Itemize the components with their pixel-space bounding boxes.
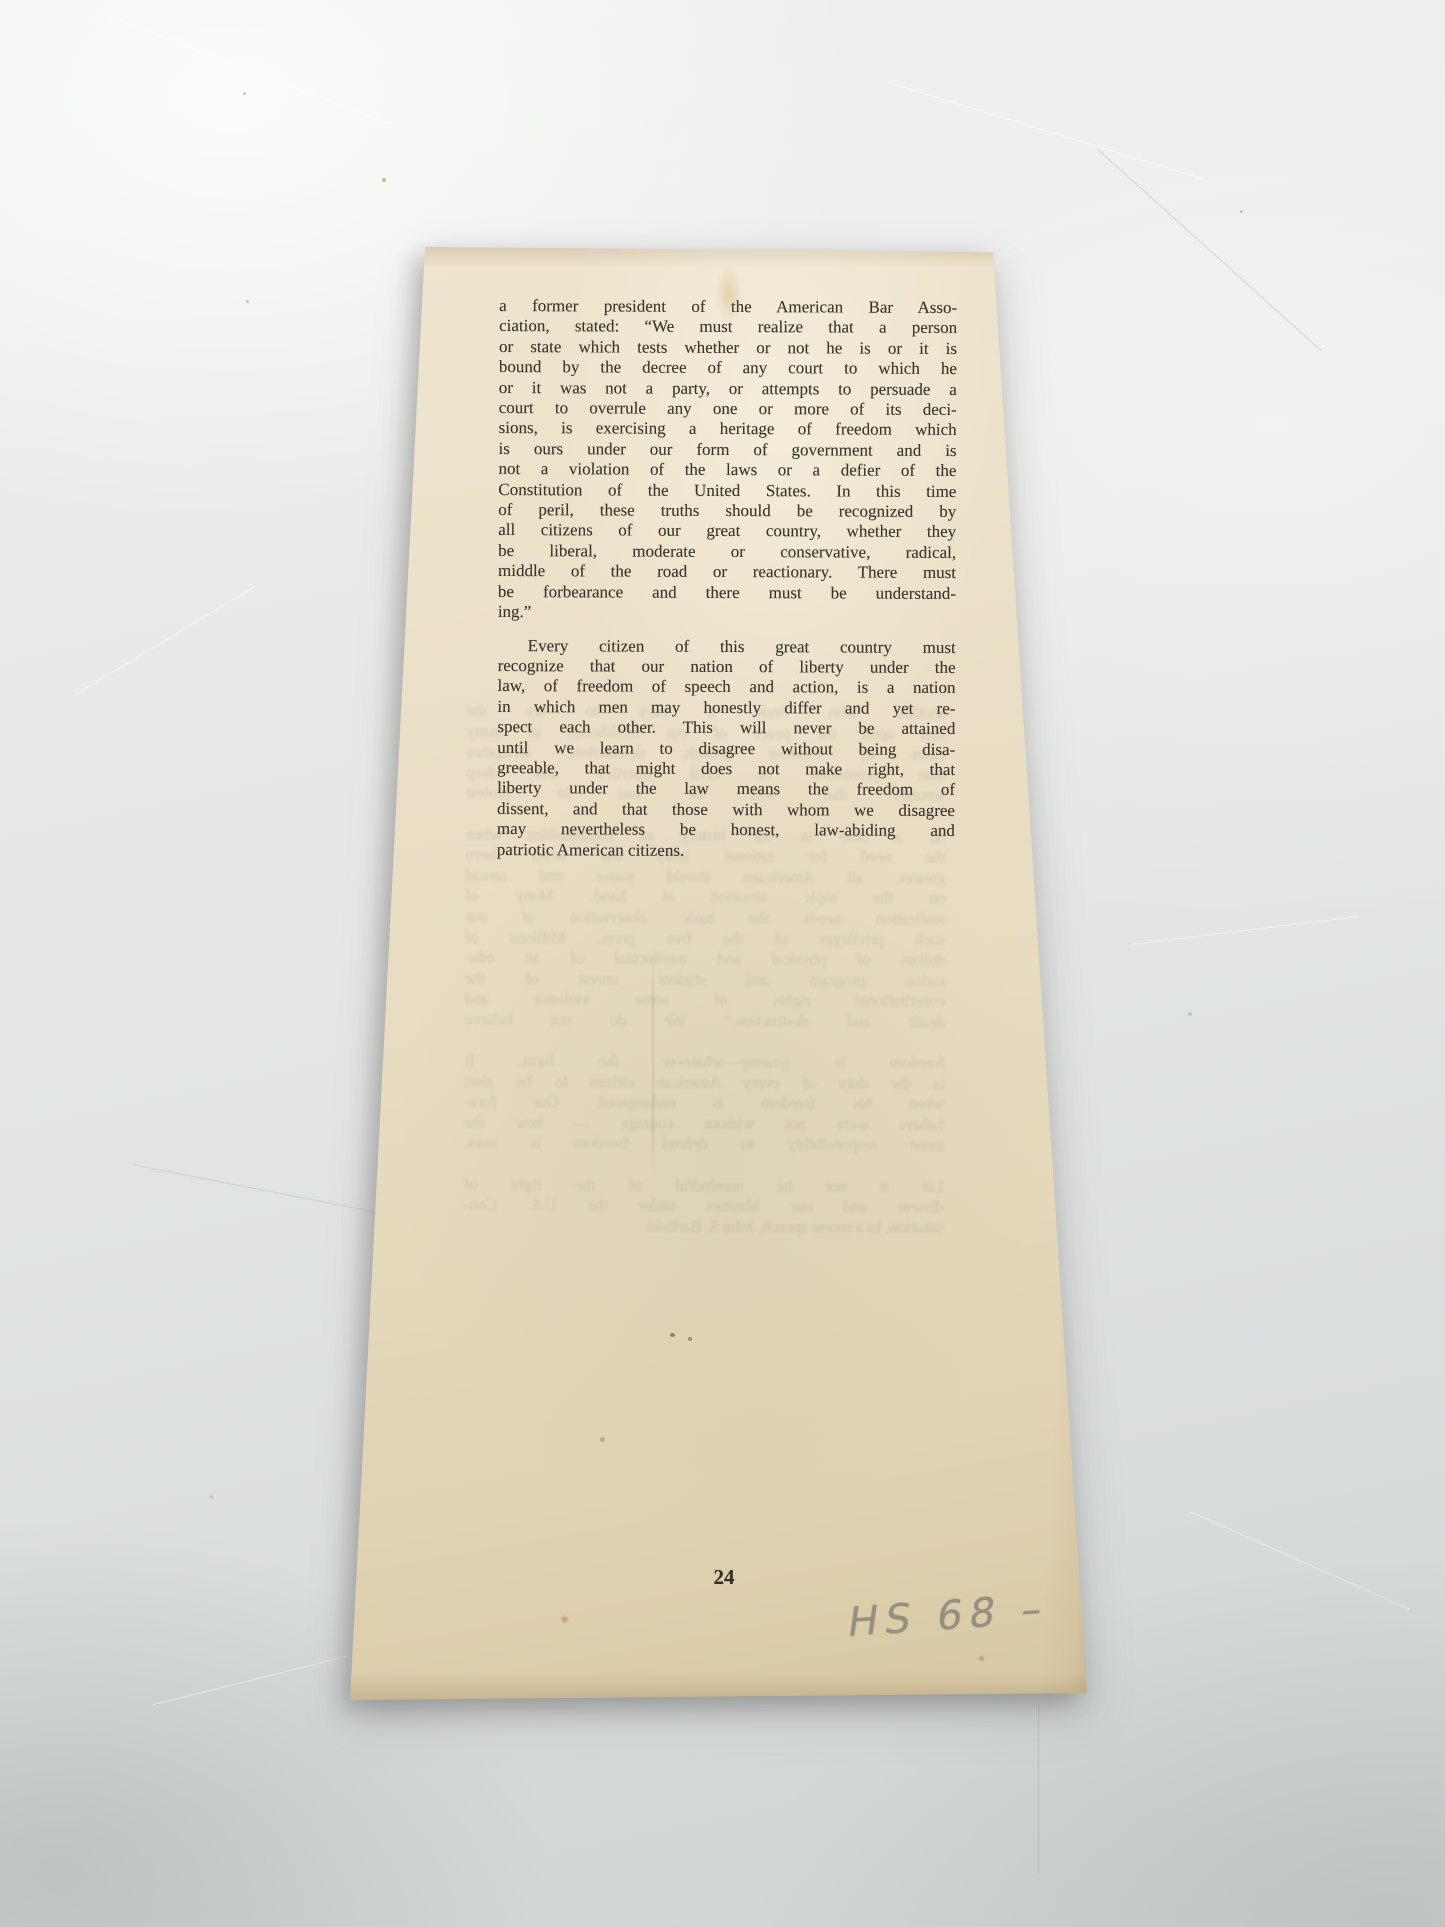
text-line: bound by the decree of any court to whic… — [499, 357, 957, 379]
text-line: is ours under our form of government and… — [499, 439, 957, 461]
scratch-mark — [1131, 916, 1359, 945]
text-line: Let it not be unmindful of the right of — [464, 1174, 944, 1197]
text-line: be forbearance and there must be underst… — [498, 582, 956, 604]
text-line: patriotic American citizens. — [497, 840, 955, 862]
text-line: on the topic situation at hand. Many of — [465, 886, 945, 909]
text-line: greeable, that might does not make right… — [497, 758, 955, 780]
text-line: recognize that our nation of liberty und… — [498, 656, 956, 678]
scratch-mark — [153, 1656, 347, 1705]
dust-speck — [243, 92, 246, 95]
text-line: freedom is tyranny—whatever the form. It — [464, 1051, 944, 1074]
text-line: dissent, and that those with whom we dis… — [497, 799, 955, 821]
text-line: when his freedom is endangered. Our fore… — [464, 1092, 944, 1115]
text-line: of peril, these truths should be recogni… — [498, 500, 956, 522]
text-line: liberty under the law means the freedom … — [497, 778, 955, 800]
pamphlet-page-wrapper: another who finds it easy to lay thesins… — [350, 247, 1087, 1700]
dust-speck — [382, 178, 386, 182]
text-line: dissent and our liberties under the U.S.… — [464, 1195, 944, 1218]
text-line: greater, all Americans should pause and … — [465, 865, 945, 888]
stain-spot — [670, 1333, 675, 1337]
text-line: dollars of physical and intellectual of … — [465, 948, 945, 971]
text-line: court to overrule any one or more of its… — [499, 398, 957, 420]
text-line: be liberal, moderate or conservative, ra… — [498, 541, 956, 563]
text-line: death and destruction.” We do not believ… — [465, 1010, 945, 1033]
text-line: Constitution of the United States. In th… — [498, 480, 956, 502]
page-number: 24 — [702, 1565, 746, 1590]
paragraph: Every citizen of this great country must… — [497, 636, 956, 862]
dust-speck — [210, 1495, 213, 1498]
text-line: same responsibility to defend freedom is… — [464, 1133, 944, 1156]
text-line: sions, is exercising a heritage of freed… — [499, 418, 957, 440]
body-text: a former president of the American Bar A… — [497, 296, 957, 862]
text-line: in which men may honestly differ and yet… — [497, 697, 955, 719]
text-line: realization needs the basic observation … — [465, 907, 945, 930]
text-line: Every citizen of this great country must — [498, 636, 956, 658]
scratch-mark — [110, 16, 390, 124]
stain-spot — [780, 547, 794, 557]
text-line: all citizens of our great country, wheth… — [498, 520, 956, 542]
text-line: ing.” — [498, 602, 956, 624]
text-line: fathers were not without courage — how t… — [464, 1113, 944, 1136]
crease-line — [652, 947, 654, 1177]
text-line: until we learn to disagree without being… — [497, 738, 955, 760]
dust-speck — [1240, 210, 1243, 213]
text-line: or it was not a party, or attempts to pe… — [499, 378, 957, 400]
stain-spot — [716, 265, 742, 323]
stain-spot — [978, 1655, 985, 1662]
text-line — [465, 1030, 945, 1053]
handwritten-price-code: HS 68 – — [845, 1586, 1052, 1647]
text-line: may nevertheless be honest, law-abiding … — [497, 819, 955, 841]
text-line: law, of freedom of speech and action, is… — [497, 676, 955, 698]
scratch-mark — [1038, 1705, 1039, 1875]
text-line: or state which tests whether or not he i… — [499, 337, 957, 359]
scratch-mark — [75, 586, 256, 695]
text-line: such privileges of the free press. Milli… — [465, 927, 945, 950]
paragraph: a former president of the American Bar A… — [498, 296, 957, 624]
dust-speck — [246, 300, 249, 303]
text-line: cation program and student unrest of the — [465, 968, 945, 991]
text-line: spect each other. This will never be att… — [497, 717, 955, 739]
scratch-mark — [1098, 150, 1322, 351]
text-line: not a violation of the laws or a defier … — [498, 459, 956, 481]
stain-spot — [560, 1615, 569, 1624]
text-line: constitutional rights of some violence a… — [465, 989, 945, 1012]
stain-spot — [600, 1437, 605, 1442]
scratch-mark — [887, 82, 1203, 179]
text-line — [464, 1154, 944, 1177]
text-line: middle of the road or reactionary. There… — [498, 561, 956, 583]
dust-speck — [1188, 1012, 1192, 1016]
pamphlet-page: another who finds it easy to lay thesins… — [350, 247, 1087, 1700]
text-line: is the duty of every American citizen to… — [464, 1071, 944, 1094]
stain-spot — [688, 1337, 692, 1341]
text-line: stitution. In a recent speech, John S. B… — [464, 1216, 944, 1239]
scratch-mark — [1190, 1511, 1410, 1610]
